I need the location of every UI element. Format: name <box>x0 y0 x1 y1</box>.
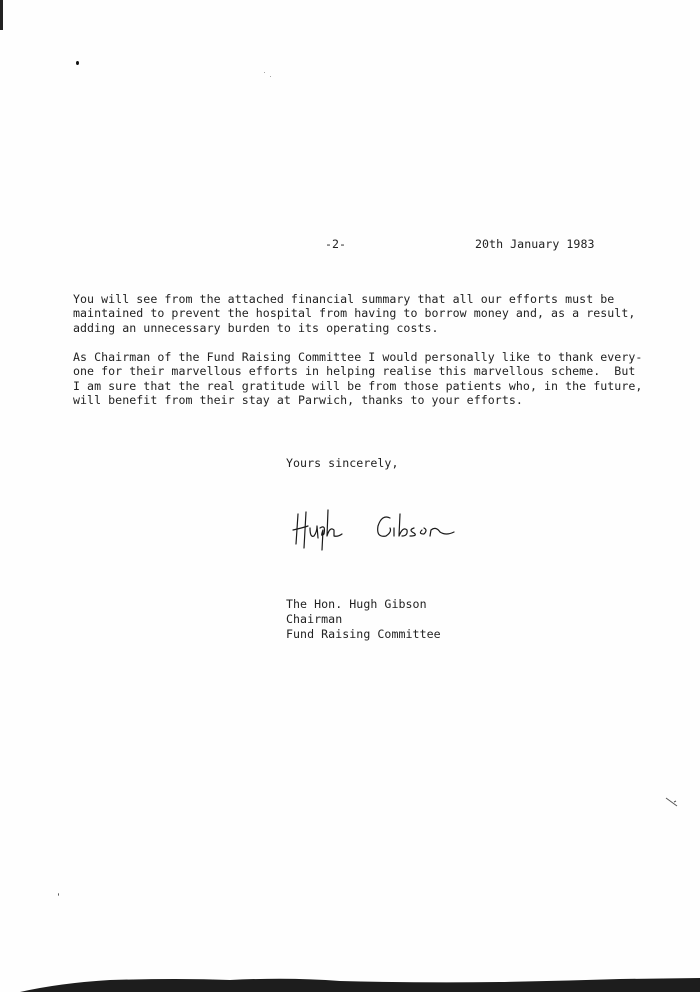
signatory-block: The Hon. Hugh Gibson Chairman Fund Raisi… <box>286 597 441 641</box>
scan-speck <box>76 61 79 65</box>
scan-edge-shadow <box>0 0 3 30</box>
scan-speck <box>264 72 265 73</box>
scan-mark <box>664 796 680 808</box>
signatory-name: The Hon. Hugh Gibson <box>286 597 427 611</box>
signatory-title: Chairman <box>286 612 342 626</box>
body-paragraph-2: As Chairman of the Fund Raising Committe… <box>73 350 642 407</box>
letter-page: -2- 20th January 1983 You will see from … <box>0 0 700 992</box>
letter-date: 20th January 1983 <box>475 237 595 251</box>
scan-bottom-edge <box>0 976 700 992</box>
signature-icon <box>290 506 470 556</box>
scan-speck <box>58 893 59 896</box>
body-paragraph-1: You will see from the attached financial… <box>73 292 635 335</box>
signatory-committee: Fund Raising Committee <box>286 627 441 641</box>
page-number: -2- <box>325 237 346 251</box>
scan-speck <box>270 76 271 77</box>
closing-salutation: Yours sincerely, <box>286 456 398 470</box>
